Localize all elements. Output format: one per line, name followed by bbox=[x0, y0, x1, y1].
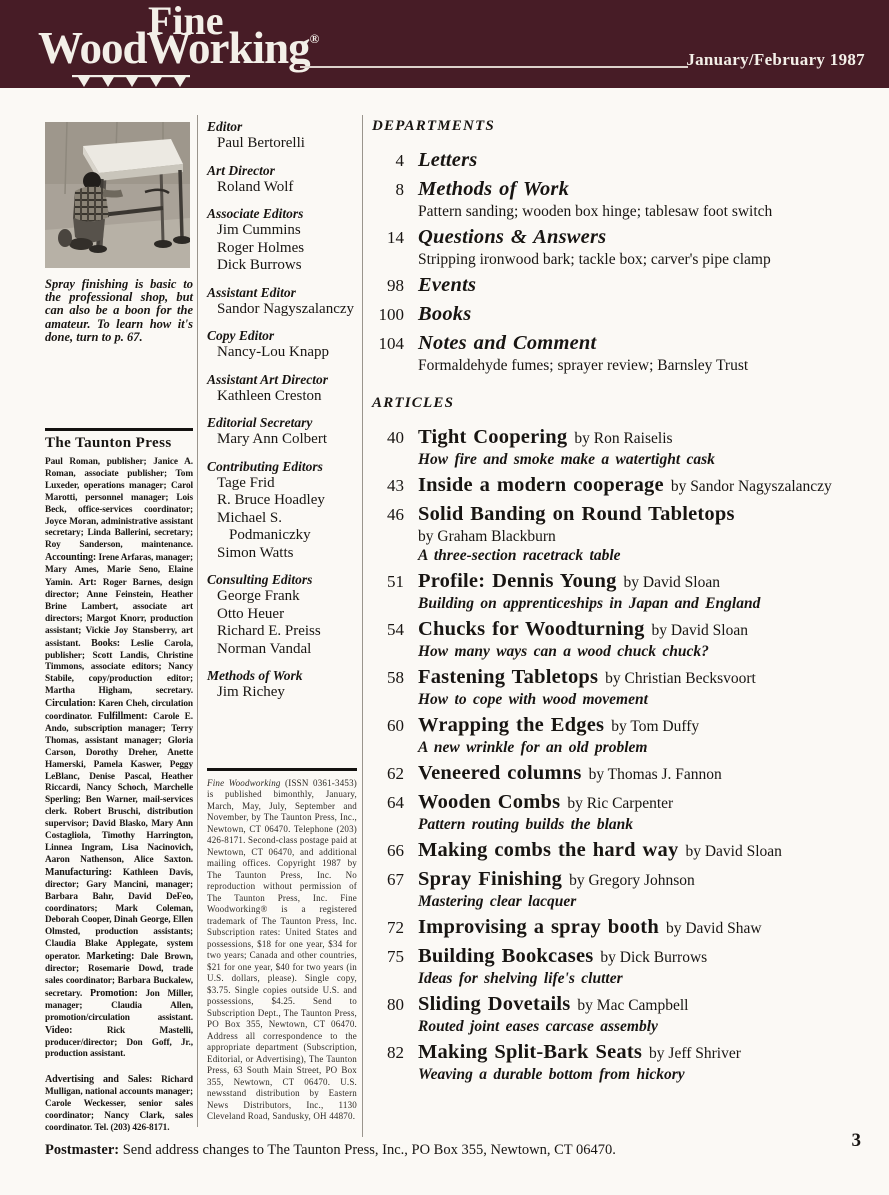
toc-entry-row: 80 Sliding Dovetailsby Mac Campbell bbox=[372, 992, 866, 1017]
articles-heading: ARTICLES bbox=[372, 395, 866, 412]
staff-list: Paul Roman, publisher; Janice A. Roman, … bbox=[45, 457, 193, 1061]
editor-names: Paul Bertorelli bbox=[207, 135, 357, 153]
editor-name: Mary Ann Colbert bbox=[207, 431, 357, 449]
editor-names: Kathleen Creston bbox=[207, 388, 357, 406]
staff-segment: Marketing: bbox=[86, 951, 134, 962]
editor-section: Assistant Editor Sandor Nagyszalanczy bbox=[207, 284, 357, 319]
toc-page-number: 58 bbox=[372, 665, 404, 690]
toc-page-number: 64 bbox=[372, 790, 404, 815]
toc-page-number: 8 bbox=[372, 177, 404, 202]
toc-entry: 64 Wooden Combsby Ric Carpenter Pattern … bbox=[372, 790, 866, 834]
toc-title-wrap: Making combs the hard wayby David Sloan bbox=[418, 838, 866, 863]
taunton-press-heading: The Taunton Press bbox=[45, 435, 193, 452]
toc-entry: 8 Methods of Work Pattern sanding; woode… bbox=[372, 177, 866, 221]
editor-section: Art Director Roland Wolf bbox=[207, 162, 357, 197]
departments-list: 4 Letters 8 Methods of Work Pattern sand… bbox=[372, 148, 866, 375]
editor-name: Nancy-Lou Knapp bbox=[207, 344, 357, 362]
toc-entry-row: 98 Events bbox=[372, 273, 866, 298]
toc-author: by David Sloan bbox=[652, 622, 748, 639]
editor-name: Sandor Nagyszalanczy bbox=[207, 301, 357, 319]
editor-role-heading: Associate Editors bbox=[207, 205, 357, 222]
toc-page-number: 104 bbox=[372, 331, 404, 356]
toc-page-number: 62 bbox=[372, 761, 404, 786]
toc-subtitle: Pattern sanding; wooden box hinge; table… bbox=[418, 202, 866, 221]
postmaster-label: Postmaster: bbox=[45, 1142, 119, 1158]
toc-title-wrap: Letters bbox=[418, 148, 866, 173]
toc-title: Building Bookcases bbox=[418, 945, 593, 967]
editor-role-heading: Art Director bbox=[207, 162, 357, 179]
toc-title-wrap: Inside a modern cooperageby Sandor Nagys… bbox=[418, 473, 866, 498]
folio-page-number: 3 bbox=[852, 1130, 862, 1152]
toc-page-number: 4 bbox=[372, 148, 404, 173]
toc-author-block: by Graham Blackburn bbox=[418, 527, 866, 546]
toc-entry-row: 58 Fastening Tabletopsby Christian Becks… bbox=[372, 665, 866, 690]
spray-finishing-photo bbox=[45, 122, 190, 268]
editor-name: Paul Bertorelli bbox=[207, 135, 357, 153]
toc-entry: 58 Fastening Tabletopsby Christian Becks… bbox=[372, 665, 866, 709]
toc-author: by David Sloan bbox=[624, 574, 720, 591]
toc-page-number: 66 bbox=[372, 838, 404, 863]
toc-title: Letters bbox=[418, 149, 477, 171]
toc-subtitle: Weaving a durable bottom from hickory bbox=[418, 1065, 866, 1084]
toc-title: Wrapping the Edges bbox=[418, 714, 604, 736]
logo-text: WoodWorking bbox=[38, 23, 310, 73]
toc-title: Making combs the hard way bbox=[418, 839, 678, 861]
editor-role-heading: Copy Editor bbox=[207, 327, 357, 344]
toc-page-number: 80 bbox=[372, 992, 404, 1017]
toc-entry-row: 8 Methods of Work bbox=[372, 177, 866, 202]
editor-role-heading: Consulting Editors bbox=[207, 571, 357, 588]
toc-author: by Mac Campbell bbox=[577, 997, 688, 1014]
advertising-sales-paragraph: Advertising and Sales: Richard Mulligan,… bbox=[45, 1074, 193, 1135]
toc-page-number: 100 bbox=[372, 302, 404, 327]
postmaster-text: Send address changes to The Taunton Pres… bbox=[119, 1142, 616, 1158]
toc-title: Profile: Dennis Young bbox=[418, 570, 617, 592]
editor-names: George FrankOtto HeuerRichard E. PreissN… bbox=[207, 588, 357, 658]
toc-title-wrap: Solid Banding on Round Tabletops bbox=[418, 502, 866, 527]
editor-section: Copy Editor Nancy-Lou Knapp bbox=[207, 327, 357, 362]
editor-role-heading: Contributing Editors bbox=[207, 458, 357, 475]
contents-column: DEPARTMENTS 4 Letters 8 Methods of Work bbox=[372, 118, 866, 1088]
editor-section: Consulting Editors George FrankOtto Heue… bbox=[207, 571, 357, 658]
editor-name: Richard E. Preiss bbox=[207, 623, 357, 641]
editor-names: Nancy-Lou Knapp bbox=[207, 344, 357, 362]
toc-author: by David Sloan bbox=[685, 843, 781, 860]
toc-author: by Jeff Shriver bbox=[649, 1045, 741, 1062]
editor-names: Sandor Nagyszalanczy bbox=[207, 301, 357, 319]
toc-entry-row: 51 Profile: Dennis Youngby David Sloan bbox=[372, 569, 866, 594]
editor-name: Otto Heuer bbox=[207, 606, 357, 624]
editor-name: Jim Richey bbox=[207, 684, 357, 702]
toc-entry: 104 Notes and Comment Formaldehyde fumes… bbox=[372, 331, 866, 375]
toc-entry-row: 75 Building Bookcasesby Dick Burrows bbox=[372, 944, 866, 969]
toc-subtitle: A three-section racetrack table bbox=[418, 546, 866, 565]
toc-title-wrap: Veneered columnsby Thomas J. Fannon bbox=[418, 761, 866, 786]
toc-title-wrap: Tight Cooperingby Ron Raiselis bbox=[418, 425, 866, 450]
toc-subtitle: Building on apprenticeships in Japan and… bbox=[418, 594, 866, 613]
toc-entry: 46 Solid Banding on Round Tabletops by G… bbox=[372, 502, 866, 565]
editor-section: Editor Paul Bertorelli bbox=[207, 118, 357, 153]
toc-subtitle: How many ways can a wood chuck chuck? bbox=[418, 642, 866, 661]
staff-segment: Advertising and Sales: bbox=[45, 1074, 152, 1085]
toc-title-wrap: Questions & Answers bbox=[418, 225, 866, 250]
toc-title-wrap: Wooden Combsby Ric Carpenter bbox=[418, 790, 866, 815]
toc-title: Improvising a spray booth bbox=[418, 916, 659, 938]
editor-name: Michael S. Podmaniczky bbox=[207, 510, 357, 545]
toc-entry-row: 72 Improvising a spray boothby David Sha… bbox=[372, 915, 866, 940]
publication-fine-print: Fine Woodworking (ISSN 0361-3453) is pub… bbox=[207, 778, 357, 1123]
departments-heading: DEPARTMENTS bbox=[372, 118, 866, 135]
toc-subtitle: Routed joint eases carcase assembly bbox=[418, 1017, 866, 1036]
left-column: Spray finishing is basic to the professi… bbox=[45, 118, 193, 1135]
editor-role-heading: Editorial Secretary bbox=[207, 414, 357, 431]
toc-entry-row: 46 Solid Banding on Round Tabletops bbox=[372, 502, 866, 527]
editor-role-heading: Methods of Work bbox=[207, 667, 357, 684]
toc-title-wrap: Making Split-Bark Seatsby Jeff Shriver bbox=[418, 1040, 866, 1065]
toc-author: by Thomas J. Fannon bbox=[589, 766, 722, 783]
toc-entry-row: 60 Wrapping the Edgesby Tom Duffy bbox=[372, 713, 866, 738]
editor-names: Jim CumminsRoger HolmesDick Burrows bbox=[207, 222, 357, 275]
editor-section: Contributing Editors Tage FridR. Bruce H… bbox=[207, 458, 357, 563]
toc-page-number: 75 bbox=[372, 944, 404, 969]
magazine-name-italic: Fine Woodworking bbox=[207, 778, 281, 788]
toc-page-number: 43 bbox=[372, 473, 404, 498]
toc-title-wrap: Notes and Comment bbox=[418, 331, 866, 356]
toc-entry-row: 43 Inside a modern cooperageby Sandor Na… bbox=[372, 473, 866, 498]
toc-entry-row: 40 Tight Cooperingby Ron Raiselis bbox=[372, 425, 866, 450]
toc-entry: 100 Books bbox=[372, 302, 866, 327]
toc-entry: 75 Building Bookcasesby Dick Burrows Ide… bbox=[372, 944, 866, 988]
toc-author: by Ric Carpenter bbox=[567, 795, 673, 812]
toc-author: by Christian Becksvoort bbox=[605, 670, 756, 687]
toc-entry-row: 100 Books bbox=[372, 302, 866, 327]
header-rule bbox=[300, 66, 688, 68]
toc-subtitle: Mastering clear lacquer bbox=[418, 892, 866, 911]
staff-segment: Promotion: bbox=[90, 988, 138, 999]
toc-page-number: 14 bbox=[372, 225, 404, 250]
toc-author: by Sandor Nagyszalanczy bbox=[671, 478, 832, 495]
staff-segment: Books: bbox=[91, 638, 120, 649]
toc-entry: 4 Letters bbox=[372, 148, 866, 173]
editor-names: Tage FridR. Bruce HoadleyMichael S. Podm… bbox=[207, 475, 357, 563]
toc-title: Veneered columns bbox=[418, 762, 582, 784]
toc-title-wrap: Events bbox=[418, 273, 866, 298]
section-rule bbox=[207, 768, 357, 771]
toc-page-number: 72 bbox=[372, 915, 404, 940]
editor-name: Roland Wolf bbox=[207, 179, 357, 197]
toc-author: by Ron Raiselis bbox=[574, 430, 672, 447]
toc-title: Chucks for Woodturning bbox=[418, 618, 645, 640]
editor-names: Roland Wolf bbox=[207, 179, 357, 197]
toc-title-wrap: Sliding Dovetailsby Mac Campbell bbox=[418, 992, 866, 1017]
editor-name: Dick Burrows bbox=[207, 257, 357, 275]
postmaster-note: Postmaster: Send address changes to The … bbox=[45, 1142, 616, 1159]
staff-segment: Circulation: bbox=[45, 698, 96, 709]
toc-title: Notes and Comment bbox=[418, 332, 596, 354]
toc-entry: 40 Tight Cooperingby Ron Raiselis How fi… bbox=[372, 425, 866, 469]
toc-subtitle: Ideas for shelving life's clutter bbox=[418, 969, 866, 988]
toc-subtitle: How fire and smoke make a watertight cas… bbox=[418, 450, 866, 469]
toc-entry-row: 82 Making Split-Bark Seatsby Jeff Shrive… bbox=[372, 1040, 866, 1065]
toc-subtitle: Formaldehyde fumes; sprayer review; Barn… bbox=[418, 356, 866, 375]
staff-segment: Art: bbox=[79, 577, 97, 588]
editor-section: Associate Editors Jim CumminsRoger Holme… bbox=[207, 205, 357, 275]
toc-entry-row: 62 Veneered columnsby Thomas J. Fannon bbox=[372, 761, 866, 786]
toc-title: Spray Finishing bbox=[418, 868, 562, 890]
toc-page-number: 54 bbox=[372, 617, 404, 642]
toc-title-wrap: Improvising a spray boothby David Shaw bbox=[418, 915, 866, 940]
toc-author: by Tom Duffy bbox=[611, 718, 699, 735]
staff-segment: Paul Roman, publisher; Janice A. Roman, … bbox=[45, 457, 193, 550]
toc-title-wrap: Wrapping the Edgesby Tom Duffy bbox=[418, 713, 866, 738]
toc-page-number: 51 bbox=[372, 569, 404, 594]
toc-entry: 43 Inside a modern cooperageby Sandor Na… bbox=[372, 473, 866, 498]
editor-section: Methods of Work Jim Richey bbox=[207, 667, 357, 702]
toc-title: Questions & Answers bbox=[418, 226, 606, 248]
editor-role-heading: Editor bbox=[207, 118, 357, 135]
editors-list: Editor Paul Bertorelli Art Director Rola… bbox=[207, 118, 357, 702]
toc-entry-row: 14 Questions & Answers bbox=[372, 225, 866, 250]
dovetail-marks-icon bbox=[72, 74, 190, 88]
staff-segment: Accounting: bbox=[45, 552, 96, 563]
toc-subtitle: How to cope with wood movement bbox=[418, 690, 866, 709]
editor-names: Jim Richey bbox=[207, 684, 357, 702]
toc-entry: 14 Questions & Answers Stripping ironwoo… bbox=[372, 225, 866, 269]
toc-title-wrap: Profile: Dennis Youngby David Sloan bbox=[418, 569, 866, 594]
toc-page-number: 82 bbox=[372, 1040, 404, 1065]
toc-title: Inside a modern cooperage bbox=[418, 474, 664, 496]
column-divider bbox=[362, 115, 363, 1137]
toc-entry: 66 Making combs the hard wayby David Slo… bbox=[372, 838, 866, 863]
toc-title-wrap: Spray Finishingby Gregory Johnson bbox=[418, 867, 866, 892]
toc-entry: 67 Spray Finishingby Gregory Johnson Mas… bbox=[372, 867, 866, 911]
editor-name: Roger Holmes bbox=[207, 240, 357, 258]
toc-subtitle: A new wrinkle for an old problem bbox=[418, 738, 866, 757]
editor-role-heading: Assistant Editor bbox=[207, 284, 357, 301]
toc-entry: 80 Sliding Dovetailsby Mac Campbell Rout… bbox=[372, 992, 866, 1036]
toc-title: Fastening Tabletops bbox=[418, 666, 598, 688]
toc-entry: 82 Making Split-Bark Seatsby Jeff Shrive… bbox=[372, 1040, 866, 1084]
editor-name: Jim Cummins bbox=[207, 222, 357, 240]
toc-title: Events bbox=[418, 274, 476, 296]
issue-date: January/February 1987 bbox=[686, 50, 865, 70]
toc-title-wrap: Building Bookcasesby Dick Burrows bbox=[418, 944, 866, 969]
toc-subtitle: Pattern routing builds the blank bbox=[418, 815, 866, 834]
toc-entry: 51 Profile: Dennis Youngby David Sloan B… bbox=[372, 569, 866, 613]
toc-page-number: 40 bbox=[372, 425, 404, 450]
editor-section: Editorial Secretary Mary Ann Colbert bbox=[207, 414, 357, 449]
toc-entry-row: 67 Spray Finishingby Gregory Johnson bbox=[372, 867, 866, 892]
staff-segment: Video: bbox=[45, 1025, 72, 1036]
toc-entry: 62 Veneered columnsby Thomas J. Fannon bbox=[372, 761, 866, 786]
toc-entry: 98 Events bbox=[372, 273, 866, 298]
toc-page-number: 98 bbox=[372, 273, 404, 298]
articles-list: 40 Tight Cooperingby Ron Raiselis How fi… bbox=[372, 425, 866, 1084]
column-divider bbox=[197, 115, 198, 1127]
toc-title-wrap: Chucks for Woodturningby David Sloan bbox=[418, 617, 866, 642]
editor-name: Kathleen Creston bbox=[207, 388, 357, 406]
toc-title-wrap: Books bbox=[418, 302, 866, 327]
logo-word-woodworking: WoodWorking® bbox=[38, 26, 319, 71]
toc-title-wrap: Methods of Work bbox=[418, 177, 866, 202]
toc-title: Making Split-Bark Seats bbox=[418, 1041, 642, 1063]
editor-role-heading: Assistant Art Director bbox=[207, 371, 357, 388]
editor-name: Tage Frid bbox=[207, 475, 357, 493]
editor-name: Simon Watts bbox=[207, 545, 357, 563]
masthead-banner: Fine WoodWorking® January/February 1987 bbox=[0, 0, 889, 88]
toc-author: by Dick Burrows bbox=[600, 949, 707, 966]
toc-entry: 54 Chucks for Woodturningby David Sloan … bbox=[372, 617, 866, 661]
taunton-press-masthead: The Taunton Press Paul Roman, publisher;… bbox=[45, 428, 193, 1135]
toc-title: Tight Coopering bbox=[418, 426, 567, 448]
staff-segment: Carole E. Ando, subscription manager; Te… bbox=[45, 712, 193, 865]
toc-title: Methods of Work bbox=[418, 178, 569, 200]
staff-segment: Fulfillment: bbox=[98, 711, 148, 722]
toc-title: Books bbox=[418, 303, 471, 325]
staff-segment: Kathleen Davis, director; Gary Mancini, … bbox=[45, 868, 193, 962]
toc-entry: 60 Wrapping the Edgesby Tom Duffy A new … bbox=[372, 713, 866, 757]
section-rule bbox=[45, 428, 193, 431]
toc-entry-row: 104 Notes and Comment bbox=[372, 331, 866, 356]
publication-info-box: Fine Woodworking (ISSN 0361-3453) is pub… bbox=[207, 768, 357, 1123]
toc-title-wrap: Fastening Tabletopsby Christian Becksvoo… bbox=[418, 665, 866, 690]
toc-entry-row: 54 Chucks for Woodturningby David Sloan bbox=[372, 617, 866, 642]
magazine-contents-page: Fine WoodWorking® January/February 1987 bbox=[0, 0, 889, 1195]
toc-title: Wooden Combs bbox=[418, 791, 560, 813]
toc-subtitle: Stripping ironwood bark; tackle box; car… bbox=[418, 250, 866, 269]
toc-entry-row: 64 Wooden Combsby Ric Carpenter bbox=[372, 790, 866, 815]
toc-entry-row: 4 Letters bbox=[372, 148, 866, 173]
toc-title: Sliding Dovetails bbox=[418, 993, 570, 1015]
editor-name: R. Bruce Hoadley bbox=[207, 492, 357, 510]
toc-title: Solid Banding on Round Tabletops bbox=[418, 503, 735, 525]
staff-segment: Manufacturing: bbox=[45, 867, 112, 878]
toc-page-number: 67 bbox=[372, 867, 404, 892]
editor-name: George Frank bbox=[207, 588, 357, 606]
fine-print-body: (ISSN 0361-3453) is published bimonthly,… bbox=[207, 778, 357, 1122]
toc-page-number: 46 bbox=[372, 502, 404, 527]
editors-column: Editor Paul Bertorelli Art Director Rola… bbox=[207, 118, 357, 1123]
editor-section: Assistant Art Director Kathleen Creston bbox=[207, 371, 357, 406]
registered-trademark-symbol: ® bbox=[310, 31, 320, 46]
toc-entry-row: 66 Making combs the hard wayby David Slo… bbox=[372, 838, 866, 863]
editor-name: Norman Vandal bbox=[207, 641, 357, 659]
toc-author: by David Shaw bbox=[666, 920, 762, 937]
photo-caption: Spray finishing is basic to the professi… bbox=[45, 278, 193, 344]
toc-author: by Gregory Johnson bbox=[569, 872, 695, 889]
toc-page-number: 60 bbox=[372, 713, 404, 738]
editor-names: Mary Ann Colbert bbox=[207, 431, 357, 449]
toc-entry: 72 Improvising a spray boothby David Sha… bbox=[372, 915, 866, 940]
